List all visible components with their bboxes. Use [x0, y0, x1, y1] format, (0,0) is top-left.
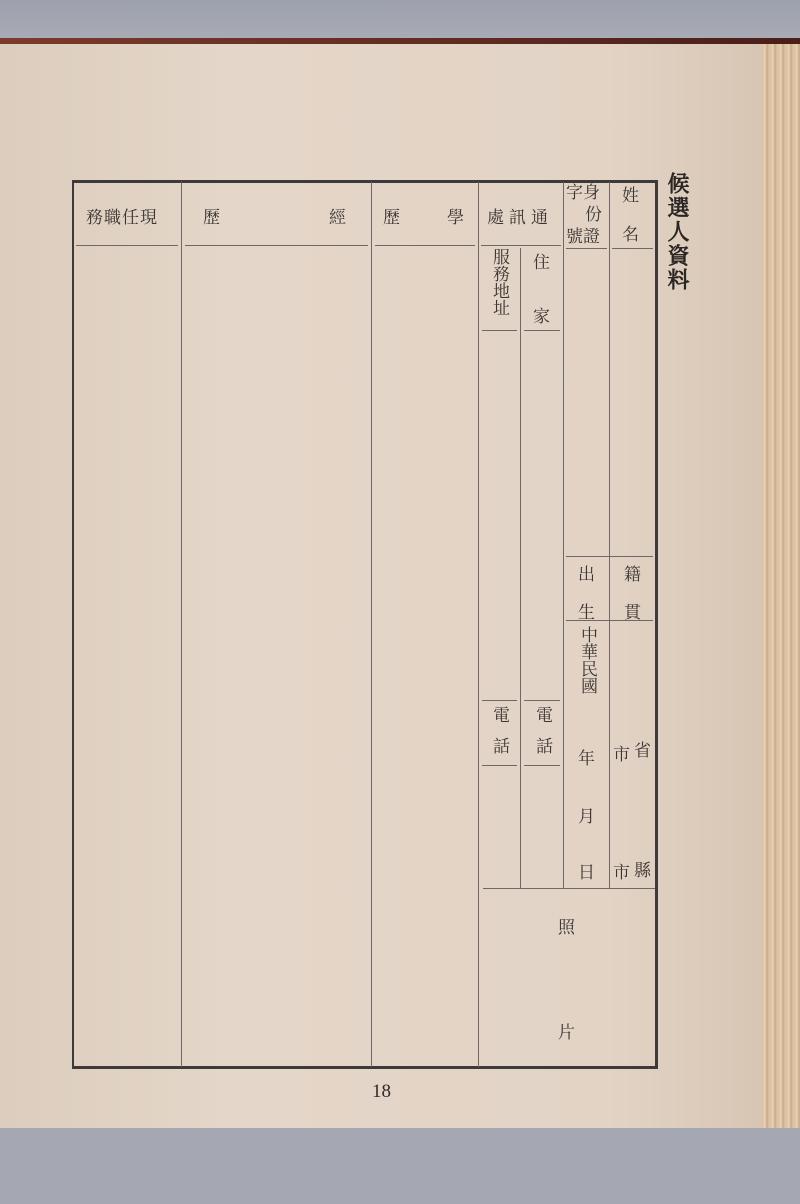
- home-label-bottom: 家: [533, 302, 550, 327]
- native-city-label-2: 市: [613, 858, 630, 883]
- home-phone-topline: [524, 700, 560, 701]
- header-underline-6: [612, 248, 653, 249]
- birth-day-label: 日: [578, 858, 595, 883]
- work-address-underline: [482, 330, 517, 331]
- birth-label-bottom: 生: [578, 598, 595, 623]
- col-line-4: [563, 182, 564, 888]
- home-label-top: 住: [533, 248, 550, 273]
- home-underline: [524, 330, 560, 331]
- header-current-position: 務職任現: [86, 203, 158, 228]
- col-line-2: [371, 182, 372, 1067]
- work-address-label: 服務地址: [488, 248, 510, 316]
- birth-year-label: 年: [578, 744, 595, 769]
- table-border-left: [72, 180, 74, 1069]
- header-contact: 處訊通: [487, 203, 553, 228]
- table-border-bottom: [72, 1066, 658, 1069]
- photo-label-bottom: 片: [558, 1018, 575, 1043]
- col-line-1: [181, 182, 182, 1067]
- native-city-label-1: 市: [613, 740, 630, 765]
- header-education-left: 歷: [383, 203, 400, 228]
- table-border-right: [655, 180, 658, 1069]
- header-experience-right: 經: [329, 203, 346, 228]
- header-name-top: 姓: [622, 181, 639, 206]
- birth-label-top: 出: [578, 560, 595, 585]
- home-phone-label: 電話: [533, 706, 555, 768]
- photo-box-topline: [483, 888, 655, 889]
- header-education-right: 學: [447, 203, 464, 228]
- native-county-label: 縣: [634, 856, 651, 881]
- native-place-label-top: 籍: [624, 560, 641, 585]
- work-phone-topline: [482, 700, 517, 701]
- header-name-bottom: 名: [622, 220, 639, 245]
- col-line-5: [609, 182, 610, 888]
- native-place-label-bottom: 貫: [624, 598, 641, 623]
- contact-split-line: [520, 248, 521, 888]
- page-number: 18: [372, 1081, 391, 1103]
- header-underline-5: [566, 248, 607, 249]
- candidate-form-table: 務職任現 歷 經 歷 學 處訊通 字身 份 號證 姓 名 服務地址 住 家 電話…: [0, 0, 800, 1204]
- header-id-line3: 號證: [566, 222, 600, 247]
- header-underline-3: [375, 245, 475, 246]
- col-line-3: [478, 182, 479, 1067]
- header-underline-2: [185, 245, 368, 246]
- native-province-label: 省: [634, 736, 651, 761]
- birth-month-label: 月: [578, 802, 595, 827]
- header-experience-left: 歷: [203, 203, 220, 228]
- header-underline-1: [76, 245, 178, 246]
- header-underline-4: [481, 245, 561, 246]
- birth-native-topline: [566, 556, 653, 557]
- photo-label-top: 照: [558, 913, 575, 938]
- work-phone-label: 電話: [490, 706, 512, 768]
- birth-era: 中華民國: [576, 626, 598, 694]
